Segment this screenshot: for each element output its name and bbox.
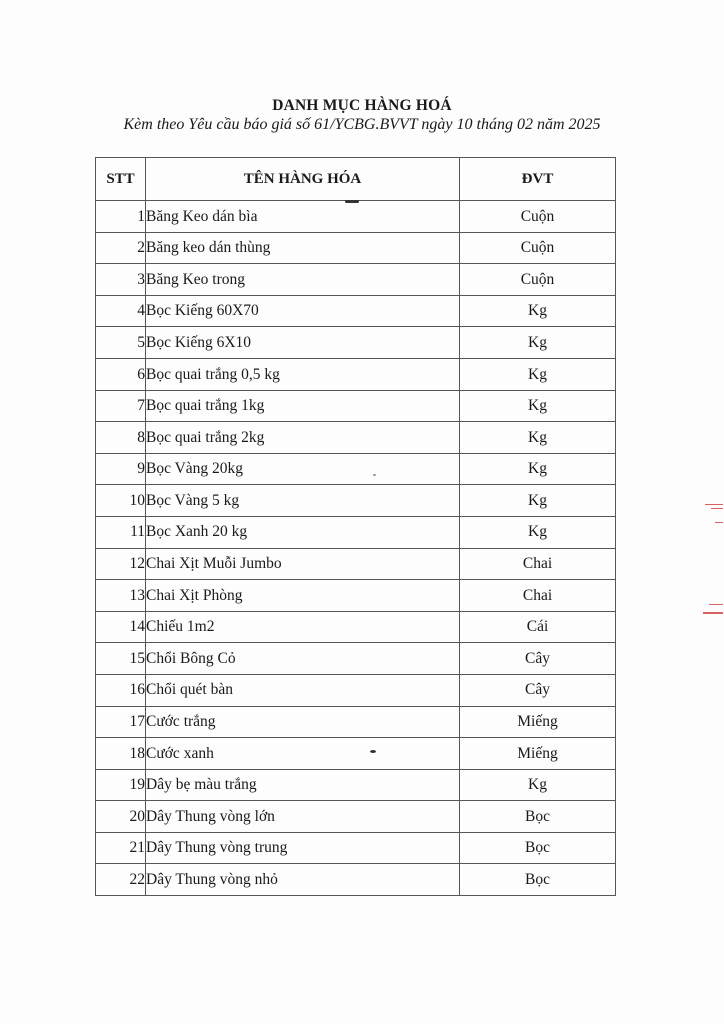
row-unit: Kg <box>460 516 616 548</box>
table-row: 22Dây Thung vòng nhỏBọc <box>96 864 616 896</box>
row-name: Cước xanh <box>146 738 460 770</box>
row-unit: Miếng <box>460 706 616 738</box>
row-name: Chổi quét bàn <box>146 674 460 706</box>
row-stt: 14 <box>96 611 146 643</box>
row-stt: 5 <box>96 327 146 359</box>
header-name: TÊN HÀNG HÓA <box>146 158 460 201</box>
table-row: 6Bọc quai trắng 0,5 kgKg <box>96 358 616 390</box>
row-unit: Kg <box>460 358 616 390</box>
row-stt: 11 <box>96 516 146 548</box>
row-unit: Cây <box>460 643 616 675</box>
row-name: Băng Keo trong <box>146 264 460 296</box>
row-unit: Kg <box>460 295 616 327</box>
row-name: Cước trắng <box>146 706 460 738</box>
table-row: 4Bọc Kiếng 60X70Kg <box>96 295 616 327</box>
row-stt: 17 <box>96 706 146 738</box>
row-stt: 8 <box>96 422 146 454</box>
scan-speck <box>370 750 376 753</box>
table-row: 19Dây bẹ màu trắngKg <box>96 769 616 801</box>
header-unit: ĐVT <box>460 158 616 201</box>
scan-speck <box>373 474 376 476</box>
row-unit: Cái <box>460 611 616 643</box>
row-stt: 6 <box>96 358 146 390</box>
goods-table: STT TÊN HÀNG HÓA ĐVT 1Băng Keo dán bìaCu… <box>95 157 616 896</box>
row-stt: 3 <box>96 264 146 296</box>
row-stt: 19 <box>96 769 146 801</box>
red-stamp-fragment <box>704 500 724 620</box>
table-row: 5Bọc Kiếng 6X10Kg <box>96 327 616 359</box>
row-unit: Miếng <box>460 738 616 770</box>
row-stt: 9 <box>96 453 146 485</box>
row-stt: 16 <box>96 674 146 706</box>
row-unit: Kg <box>460 390 616 422</box>
row-unit: Bọc <box>460 864 616 896</box>
row-name: Bọc quai trắng 1kg <box>146 390 460 422</box>
row-unit: Chai <box>460 548 616 580</box>
table-row: 2Băng keo dán thùngCuộn <box>96 232 616 264</box>
row-stt: 22 <box>96 864 146 896</box>
table-row: 18Cước xanhMiếng <box>96 738 616 770</box>
table-row: 12Chai Xịt Muỗi JumboChai <box>96 548 616 580</box>
row-name: Bọc Vàng 20kg <box>146 453 460 485</box>
row-stt: 12 <box>96 548 146 580</box>
table-row: 3Băng Keo trongCuộn <box>96 264 616 296</box>
row-name: Bọc quai trắng 2kg <box>146 422 460 454</box>
row-name: Bọc Kiếng 60X70 <box>146 295 460 327</box>
row-stt: 1 <box>96 201 146 233</box>
row-stt: 21 <box>96 832 146 864</box>
row-unit: Cuộn <box>460 232 616 264</box>
table-row: 13Chai Xịt PhòngChai <box>96 580 616 612</box>
row-stt: 10 <box>96 485 146 517</box>
row-name: Chai Xịt Muỗi Jumbo <box>146 548 460 580</box>
table-row: 11Bọc Xanh 20 kgKg <box>96 516 616 548</box>
scan-speck <box>345 200 359 203</box>
row-name: Băng keo dán thùng <box>146 232 460 264</box>
table-row: 20Dây Thung vòng lớnBọc <box>96 801 616 833</box>
row-name: Băng Keo dán bìa <box>146 201 460 233</box>
row-stt: 15 <box>96 643 146 675</box>
document-subtitle: Kèm theo Yêu cầu báo giá số 61/YCBG.BVVT… <box>0 116 724 134</box>
row-unit: Kg <box>460 327 616 359</box>
row-unit: Chai <box>460 580 616 612</box>
row-name: Chiếu 1m2 <box>146 611 460 643</box>
row-stt: 7 <box>96 390 146 422</box>
row-unit: Cuộn <box>460 201 616 233</box>
document-title: DANH MỤC HÀNG HOÁ <box>0 97 724 115</box>
row-stt: 13 <box>96 580 146 612</box>
row-name: Chai Xịt Phòng <box>146 580 460 612</box>
table-row: 17Cước trắngMiếng <box>96 706 616 738</box>
row-name: Dây Thung vòng trung <box>146 832 460 864</box>
row-unit: Cây <box>460 674 616 706</box>
row-unit: Kg <box>460 485 616 517</box>
row-name: Dây Thung vòng nhỏ <box>146 864 460 896</box>
table-row: 8Bọc quai trắng 2kgKg <box>96 422 616 454</box>
row-name: Bọc Xanh 20 kg <box>146 516 460 548</box>
table-row: 1Băng Keo dán bìaCuộn <box>96 201 616 233</box>
table-row: 7Bọc quai trắng 1kgKg <box>96 390 616 422</box>
table-row: 10Bọc Vàng 5 kgKg <box>96 485 616 517</box>
row-stt: 2 <box>96 232 146 264</box>
row-name: Dây Thung vòng lớn <box>146 801 460 833</box>
row-name: Bọc Kiếng 6X10 <box>146 327 460 359</box>
row-unit: Bọc <box>460 832 616 864</box>
row-name: Bọc Vàng 5 kg <box>146 485 460 517</box>
row-unit: Bọc <box>460 801 616 833</box>
row-unit: Kg <box>460 453 616 485</box>
header-stt: STT <box>96 158 146 201</box>
row-stt: 18 <box>96 738 146 770</box>
table-row: 15Chổi Bông CỏCây <box>96 643 616 675</box>
row-name: Bọc quai trắng 0,5 kg <box>146 358 460 390</box>
table-row: 21Dây Thung vòng trungBọc <box>96 832 616 864</box>
table-row: 14Chiếu 1m2Cái <box>96 611 616 643</box>
table-row: 16Chổi quét bànCây <box>96 674 616 706</box>
row-unit: Kg <box>460 422 616 454</box>
row-name: Dây bẹ màu trắng <box>146 769 460 801</box>
row-name: Chổi Bông Cỏ <box>146 643 460 675</box>
table-header-row: STT TÊN HÀNG HÓA ĐVT <box>96 158 616 201</box>
row-stt: 20 <box>96 801 146 833</box>
row-stt: 4 <box>96 295 146 327</box>
table-row: 9Bọc Vàng 20kgKg <box>96 453 616 485</box>
row-unit: Cuộn <box>460 264 616 296</box>
row-unit: Kg <box>460 769 616 801</box>
